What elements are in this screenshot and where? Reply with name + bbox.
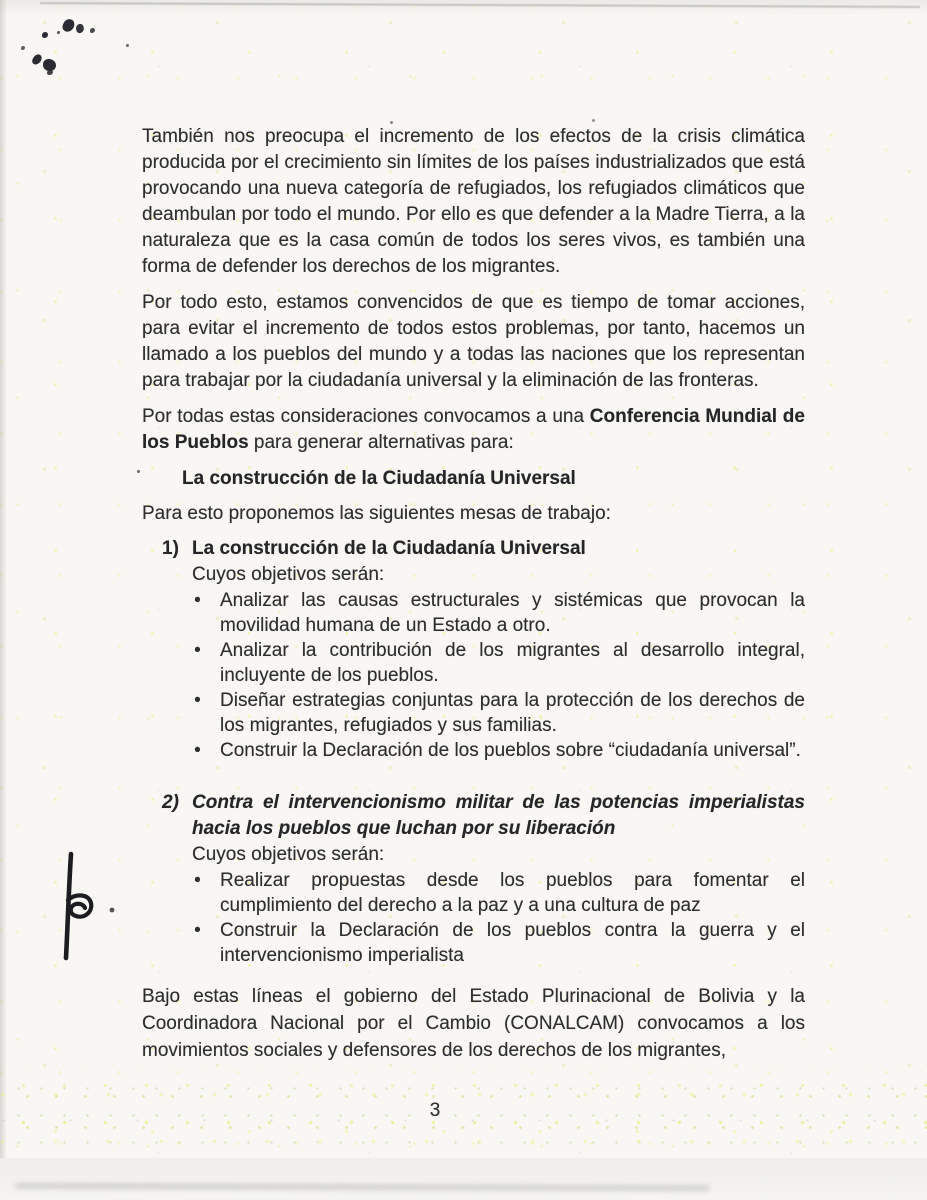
ink-spot xyxy=(42,32,48,38)
paragraph-mesas-intro: Para esto proponemos las siguientes mesa… xyxy=(142,501,805,527)
list-item: • Realizar propuestas desde los pueblos … xyxy=(175,868,805,918)
page-number: 3 xyxy=(400,1100,470,1122)
scan-edge-bottom xyxy=(0,1158,927,1200)
mesa-1-number: 1) xyxy=(162,536,192,562)
mesa-1-title: La construcción de la Ciudadanía Univers… xyxy=(192,536,805,562)
ink-spot xyxy=(21,46,25,50)
bullet-text: Analizar la contribución de los migrante… xyxy=(220,638,805,688)
ink-spot xyxy=(61,18,76,34)
list-item: • Analizar las causas estructurales y si… xyxy=(175,588,805,638)
list-item: • Construir la Declaración de los pueblo… xyxy=(175,738,805,763)
scan-edge-left xyxy=(0,0,7,1200)
subheading-universal-citizenship: La construcción de la Ciudadanía Univers… xyxy=(142,466,805,492)
bullet-text: Realizar propuestas desde los pueblos pa… xyxy=(220,868,805,918)
handwritten-margin-mark xyxy=(48,848,123,968)
bullet-text: Diseñar estrategias conjuntas para la pr… xyxy=(220,688,805,738)
scanned-page: También nos preocupa el incremento de lo… xyxy=(0,0,927,1200)
bullet-icon: • xyxy=(175,688,220,738)
paragraph-climate-crisis: También nos preocupa el incremento de lo… xyxy=(142,124,805,280)
paragraph-convocation: Por todas estas consideraciones convocam… xyxy=(142,404,805,456)
bullet-text: Analizar las causas estructurales y sist… xyxy=(220,588,805,638)
paragraph-call-to-action: Por todo esto, estamos convencidos de qu… xyxy=(142,290,805,394)
mesa-section-2: 2) Contra el intervencionismo militar de… xyxy=(142,790,805,968)
paragraph-closing: Bajo estas líneas el gobierno del Estado… xyxy=(142,983,805,1064)
document-body: También nos preocupa el incremento de lo… xyxy=(142,124,805,1074)
ink-spot xyxy=(47,70,53,75)
list-item: • Analizar la contribución de los migran… xyxy=(175,638,805,688)
list-item: • Construir la Declaración de los pueblo… xyxy=(175,918,805,968)
text-run: Por todas estas consideraciones convocam… xyxy=(142,406,590,427)
mesa-2-title: Contra el intervencionismo militar de la… xyxy=(192,790,805,842)
mesa-2-objectives-label: Cuyos objetivos serán: xyxy=(192,842,805,868)
ink-spot xyxy=(57,31,60,34)
bullet-icon: • xyxy=(175,738,220,763)
mesa-section-1: 1) La construcción de la Ciudadanía Univ… xyxy=(142,536,805,763)
ink-spot xyxy=(31,53,43,67)
ink-spot xyxy=(90,28,95,33)
ink-spot xyxy=(75,23,85,34)
bullet-icon: • xyxy=(175,918,220,968)
bullet-icon: • xyxy=(175,868,220,918)
scan-speck xyxy=(137,470,140,473)
text-run: para generar alternativas para: xyxy=(249,432,514,453)
mesa-1-header: 1) La construcción de la Ciudadanía Univ… xyxy=(162,536,805,562)
bullet-text: Construir la Declaración de los pueblos … xyxy=(220,738,805,763)
list-item: • Diseñar estrategias conjuntas para la … xyxy=(175,688,805,738)
mesa-1-objectives-label: Cuyos objetivos serán: xyxy=(192,562,805,588)
bullet-text: Construir la Declaración de los pueblos … xyxy=(220,918,805,968)
bullet-icon: • xyxy=(175,588,220,638)
mesa-2-header: 2) Contra el intervencionismo militar de… xyxy=(162,790,805,842)
ink-spot xyxy=(126,44,129,47)
scan-speck xyxy=(592,119,595,122)
bullet-icon: • xyxy=(175,638,220,688)
mesa-2-number: 2) xyxy=(162,790,192,842)
